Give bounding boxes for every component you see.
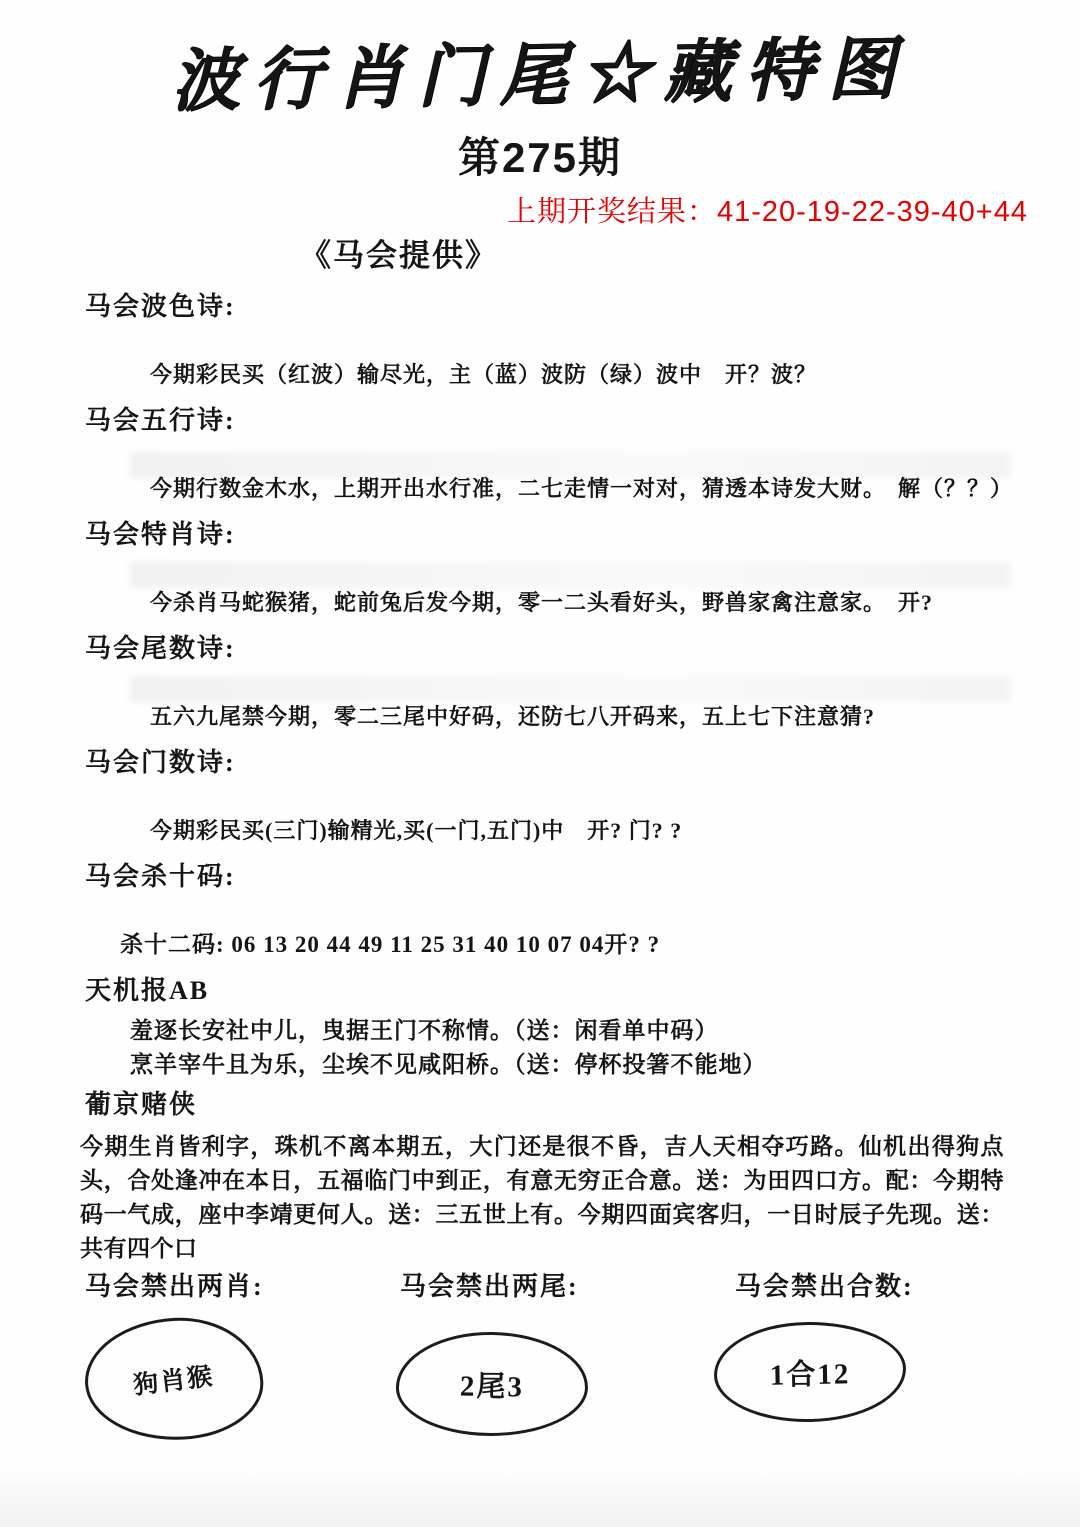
section-menshu: 马会门数诗: 今期彩民买(三门)输精光,买(一门,五门)中 开? 门? ? bbox=[0, 748, 1080, 844]
forbidden-tail-value: 2尾3 bbox=[460, 1363, 525, 1405]
section-header-bose: 马会波色诗: bbox=[85, 292, 1080, 322]
forbidden-sum-circle: 1合12 bbox=[713, 1320, 907, 1423]
forbidden-zodiac-circle: 狗肖猴 bbox=[82, 1313, 266, 1444]
tianji-lines: 羞逐长安社中儿，曳据王门不称情。（送：闲看单中码） 烹羊宰牛且为乐，尘埃不见咸阳… bbox=[130, 1014, 1080, 1082]
section-shashima: 马会杀十码: 杀十二码: 06 13 20 44 49 11 25 31 40 … bbox=[0, 862, 1080, 958]
section-header-menshu: 马会门数诗: bbox=[85, 748, 1080, 778]
section-bose: 马会波色诗: 今期彩民买（红波）输尽光，主（蓝）波防（绿）波中 开？波？ bbox=[0, 292, 1080, 388]
forbidden-tail-header: 马会禁出两尾: bbox=[400, 1272, 579, 1302]
section-header-wuxing: 马会五行诗: bbox=[85, 406, 1080, 436]
section-weishu: 马会尾数诗: 五六九尾禁今期，零二三尾中好码，还防七八开码来，五上七下注意猜? bbox=[0, 634, 1080, 730]
section-poem-shashima: 杀十二码: 06 13 20 44 49 11 25 31 40 10 07 0… bbox=[120, 932, 1080, 958]
tianji-line-2: 烹羊宰牛且为乐，尘埃不见咸阳桥。（送：停杯投箸不能地） bbox=[130, 1048, 1080, 1082]
forbidden-row: 马会禁出两肖: 马会禁出两尾: 马会禁出合数: 狗肖猴 2尾3 1合12 bbox=[0, 1272, 1080, 1462]
section-poem-texiao: 今杀肖马蛇猴猪，蛇前兔后发今期，零一二头看好头，野兽家禽注意家。 开? bbox=[150, 590, 1080, 616]
section-header-tianji: 天机报AB bbox=[85, 976, 1080, 1006]
issue-number: 第275期 bbox=[0, 134, 1080, 182]
section-poem-bose: 今期彩民买（红波）输尽光，主（蓝）波防（绿）波中 开？波？ bbox=[150, 362, 1080, 388]
source-label: 《马会提供》 bbox=[300, 238, 1080, 274]
last-draw-result: 上期开奖结果：41-20-19-22-39-40+44 bbox=[0, 196, 1028, 228]
section-wuxing: 马会五行诗: 今期行数金木水，上期开出水行准，二七走情一对对，猜透本诗发大财。 … bbox=[0, 406, 1080, 502]
forbidden-sum-value: 1合12 bbox=[769, 1351, 850, 1393]
page-title: 波行肖门尾☆藏特图 bbox=[0, 0, 1080, 139]
section-tianji: 天机报AB 羞逐长安社中儿，曳据王门不称情。（送：闲看单中码） 烹羊宰牛且为乐，… bbox=[0, 976, 1080, 1082]
forbidden-tail-circle: 2尾3 bbox=[395, 1330, 589, 1437]
forbidden-zodiac-header: 马会禁出两肖: bbox=[85, 1272, 264, 1302]
section-header-shashima: 马会杀十码: bbox=[85, 862, 1080, 892]
pujing-paragraph: 今期生肖皆利字，珠机不离本期五，大门还是很不昏，吉人天相夺巧路。仙机出得狗点头，… bbox=[80, 1130, 1004, 1266]
lottery-tip-sheet: 波行肖门尾☆藏特图 第275期 上期开奖结果：41-20-19-22-39-40… bbox=[0, 0, 1080, 1527]
section-pujing: 葡京赌侠 今期生肖皆利字，珠机不离本期五，大门还是很不昏，吉人天相夺巧路。仙机出… bbox=[0, 1090, 1080, 1266]
section-header-pujing: 葡京赌侠 bbox=[85, 1090, 1080, 1120]
forbidden-zodiac-value: 狗肖猴 bbox=[132, 1356, 217, 1402]
section-texiao: 马会特肖诗: 今杀肖马蛇猴猪，蛇前兔后发今期，零一二头看好头，野兽家禽注意家。 … bbox=[0, 520, 1080, 616]
section-poem-wuxing: 今期行数金木水，上期开出水行准，二七走情一对对，猜透本诗发大财。 解（？？） bbox=[150, 476, 1080, 502]
section-poem-menshu: 今期彩民买(三门)输精光,买(一门,五门)中 开? 门? ? bbox=[150, 818, 1080, 844]
tianji-line-1: 羞逐长安社中儿，曳据王门不称情。（送：闲看单中码） bbox=[130, 1014, 1080, 1048]
scan-edge-shadow bbox=[0, 1471, 1080, 1527]
forbidden-sum-header: 马会禁出合数: bbox=[735, 1272, 914, 1302]
section-header-texiao: 马会特肖诗: bbox=[85, 520, 1080, 550]
section-header-weishu: 马会尾数诗: bbox=[85, 634, 1080, 664]
section-poem-weishu: 五六九尾禁今期，零二三尾中好码，还防七八开码来，五上七下注意猜? bbox=[150, 704, 1080, 730]
